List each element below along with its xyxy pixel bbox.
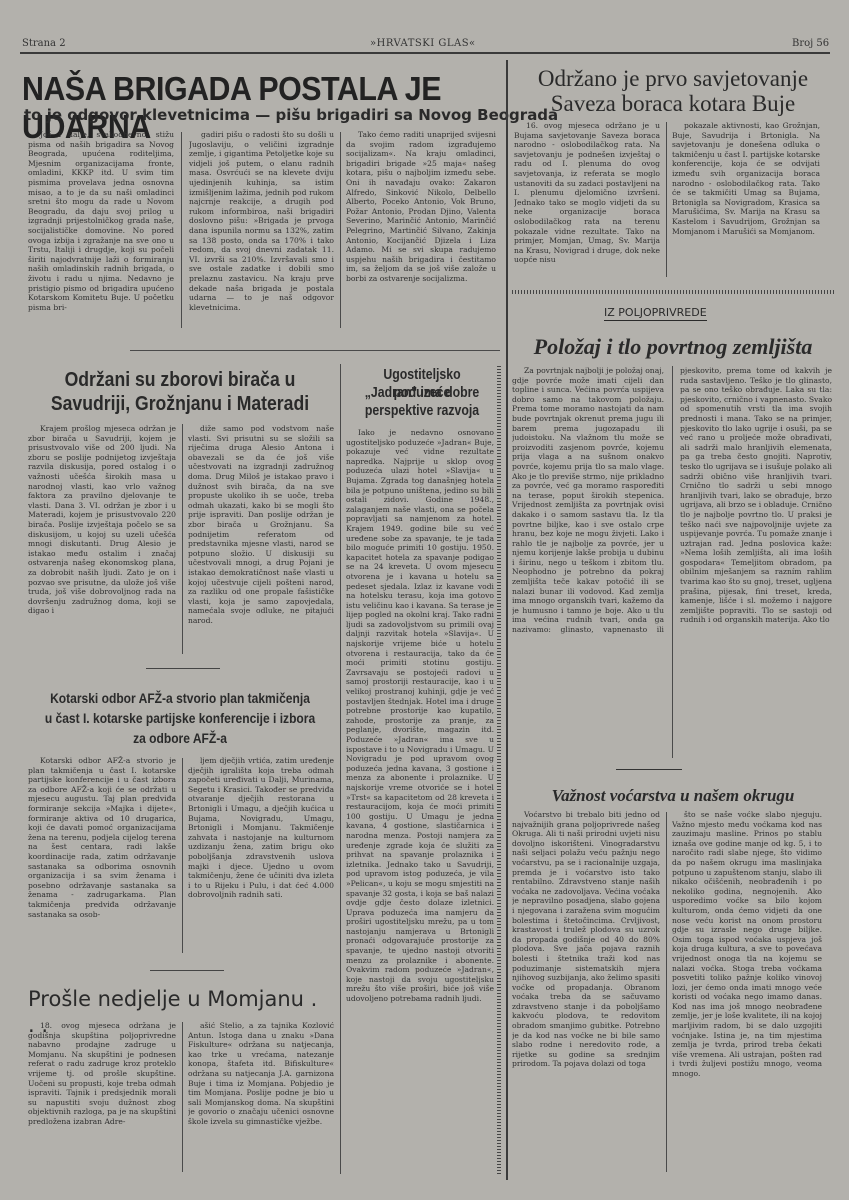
savjetovanje-column-2: pokazale aktivnosti, kao Grožnjan, Buje,… [672, 121, 820, 281]
momjan-column-1: 18. ovog mjeseca održana je godišnja sku… [28, 1021, 176, 1171]
section-separator [512, 290, 834, 294]
column-divider [182, 424, 183, 654]
savjetovanje-headline-1: Održano je prvo savjetovanje [512, 66, 834, 91]
column-divider [666, 812, 667, 1172]
savjetovanje-headline-2: Saveza boraca kotara Buje [512, 91, 834, 116]
savjetovanje-column-1: 16. ovog mjeseca održano je u Bujama sav… [514, 121, 660, 281]
afz-headline-3: za odbore AFŽ-a [44, 728, 316, 748]
main-column-divider [506, 60, 508, 1180]
vocarstvo-column-2: što se naše voćke slabo njeguju. Važno m… [672, 810, 822, 1172]
jadran-headline-2: „Jadran" ima dobre [356, 384, 487, 402]
jadran-headline-3: perspektive razvoja [356, 402, 487, 420]
afz-column-2: ljem dječjih vrtića, zatim uređenje dječ… [188, 756, 334, 956]
section-rule [130, 350, 500, 351]
column-divider [666, 122, 667, 277]
page-number: Strana 2 [22, 38, 66, 49]
column-divider [182, 1022, 183, 1172]
zborovi-headline-1: Održani su zborovi birača u [41, 368, 319, 392]
brigada-column-1: Još i dalje, svakodnevno, stižu pisma od… [28, 130, 174, 330]
section-rule [150, 970, 224, 971]
afz-headline-2: u čast I. kotarske partijske konferencij… [44, 708, 316, 728]
polozaj-body: Za povrtnjak najbolji je položaj onaj, g… [512, 366, 832, 758]
section-rule [146, 668, 220, 669]
zborovi-column-1: Krajem prošlog mjeseca održan je zbor bi… [28, 424, 176, 656]
jadran-column: Iako je nedavno osnovano ugostiteljsko p… [346, 428, 494, 1170]
ornament-rule [616, 769, 682, 770]
afz-headline-1: Kotarski odbor AFŽ-a stvorio plan takmič… [44, 688, 316, 708]
column-divider [340, 132, 341, 328]
column-separator [497, 364, 501, 1174]
zborovi-headline-2: Savudriji, Grožnjanu i Materadi [41, 392, 319, 416]
column-divider [181, 132, 182, 328]
column-divider [340, 364, 341, 1174]
polozaj-headline: Položaj i tlo povrtnog zemljišta [510, 334, 836, 360]
newspaper-page: Strana 2 »HRVATSKI GLAS« Broj 56 NAŠA BR… [0, 0, 849, 1200]
brigada-column-2: gadiri pišu o radosti što su došli u Jug… [189, 130, 334, 330]
vocarstvo-headline: Važnost voćarstva u našem okrugu [510, 785, 836, 807]
afz-column-1: Kotarski odbor AFŽ-a stvorio je plan tak… [28, 756, 176, 956]
brigada-subheadline: to je odgovor klevetnicima — pišu brigad… [24, 106, 502, 124]
vocarstvo-column-1: Voćarstvo bi trebalo biti jedno od najva… [512, 810, 660, 1172]
brigada-column-3: Tako ćemo raditi unaprijed svijesni da s… [346, 130, 496, 330]
momjan-column-2: ašić Stelio, a za tajnika Kozlović Antun… [188, 1021, 334, 1171]
paper-name: »HRVATSKI GLAS« [370, 38, 476, 49]
masthead-rule [20, 52, 830, 54]
section-label: IZ POLJOPRIVREDE [604, 306, 707, 321]
column-divider [182, 758, 183, 953]
issue-number: Broj 56 [792, 38, 829, 49]
zborovi-column-2: diže samo pod vodstvom naše vlasti. Svi … [188, 424, 334, 656]
